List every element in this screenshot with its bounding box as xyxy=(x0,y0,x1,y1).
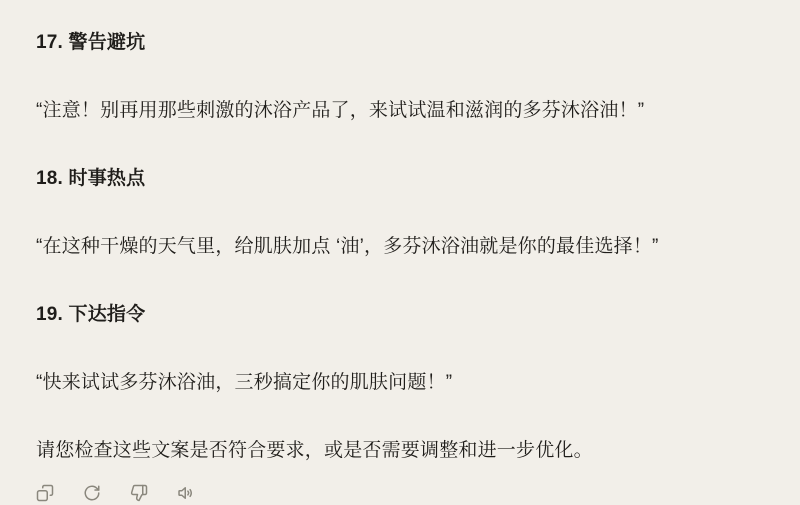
section-heading-19: 19. 下达指令 xyxy=(36,302,764,328)
regenerate-button[interactable] xyxy=(83,484,101,502)
speaker-icon xyxy=(177,484,195,502)
thumbs-down-button[interactable] xyxy=(130,484,148,502)
copy-line-17: “注意！别再用那些刺激的沐浴产品了，来试试温和滋润的多芬沐浴油！” xyxy=(36,98,764,124)
copy-line-19: “快来试试多芬沐浴油，三秒搞定你的肌肤问题！” xyxy=(36,370,764,396)
message-actions xyxy=(36,484,764,502)
section-heading-18: 18. 时事热点 xyxy=(36,166,764,192)
read-aloud-button[interactable] xyxy=(177,484,195,502)
thumbs-down-icon xyxy=(130,484,148,502)
closing-line: 请您检查这些文案是否符合要求，或是否需要调整和进一步优化。 xyxy=(36,438,764,464)
refresh-icon xyxy=(83,484,101,502)
section-heading-17: 17. 警告避坑 xyxy=(36,30,764,56)
copy-button[interactable] xyxy=(36,484,54,502)
copy-line-18: “在这种干燥的天气里，给肌肤加点 ‘油’，多芬沐浴油就是你的最佳选择！” xyxy=(36,234,764,260)
assistant-message: 17. 警告避坑 “注意！别再用那些刺激的沐浴产品了，来试试温和滋润的多芬沐浴油… xyxy=(0,0,800,502)
copy-icon xyxy=(36,484,54,502)
